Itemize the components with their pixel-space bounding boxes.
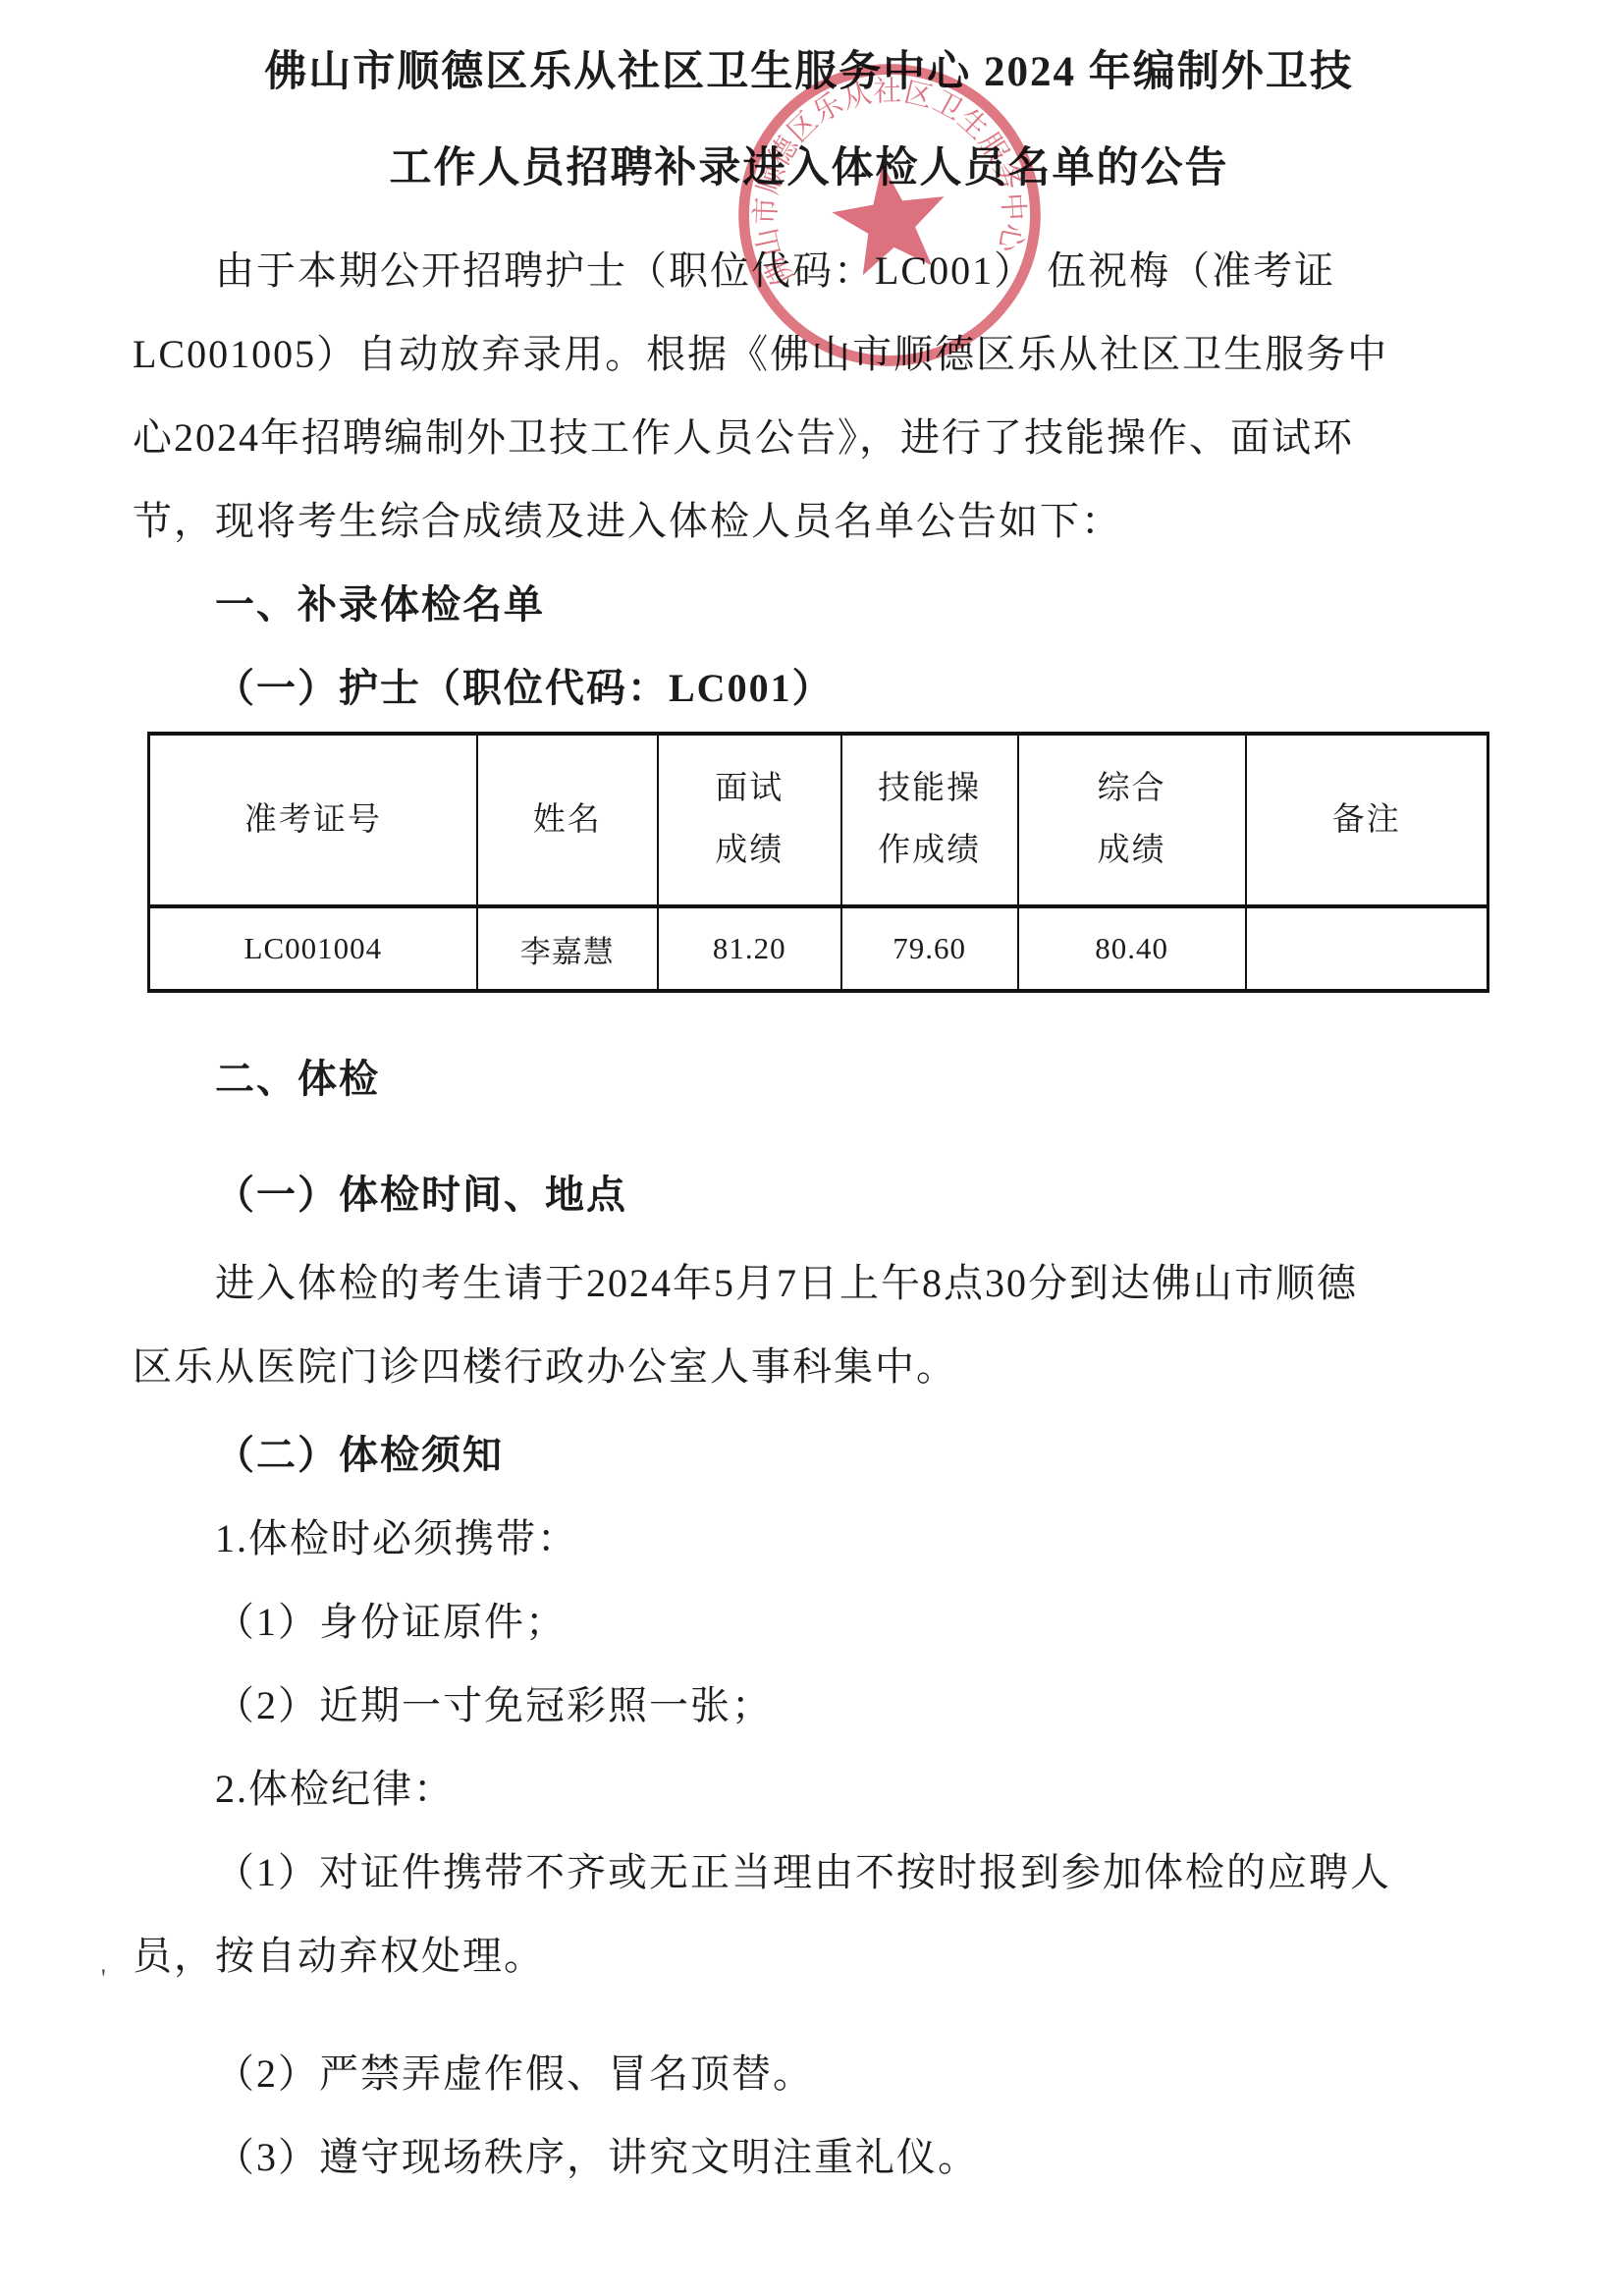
intro-line-3: 心2024年招聘编制外卫技工作人员公告》，进行了技能操作、面试环 bbox=[133, 396, 1486, 479]
header-composite-score: 综合 成绩 bbox=[1018, 734, 1246, 906]
title-line-2: 工作人员招聘补录进入体检人员名单的公告 bbox=[133, 121, 1486, 217]
note-line-2: （1）身份证原件； bbox=[133, 1580, 1486, 1664]
cell-composite-score: 80.40 bbox=[1018, 906, 1246, 991]
exam-time-line-2: 区乐从医院门诊四楼行政办公室人事科集中。 bbox=[133, 1325, 1486, 1408]
document-content: 佛山市顺德区乐从社区卫生服务中心 2024 年编制外卫技 工作人员招聘补录进入体… bbox=[0, 0, 1623, 2199]
cell-exam-no: LC001004 bbox=[149, 906, 477, 991]
header-skill-score: 技能操 作成绩 bbox=[841, 734, 1018, 906]
note-line-5: （1）对证件携带不齐或无正当理由不按时报到参加体检的应聘人 bbox=[133, 1831, 1486, 1914]
section2-subheading-1: （一）体检时间、地点 bbox=[133, 1153, 1486, 1236]
score-table: 准考证号 姓名 面试 成绩 技能操 作成绩 综合 成绩 备注 LC001004 … bbox=[147, 732, 1489, 993]
note-line-3: （2）近期一寸免冠彩照一张； bbox=[133, 1664, 1486, 1747]
header-name: 姓名 bbox=[477, 734, 658, 906]
intro-line-1: 由于本期公开招聘护士（职位代码：LC001） 伍祝梅（准考证 bbox=[133, 229, 1486, 312]
header-remark: 备注 bbox=[1246, 734, 1488, 906]
section1-subheading: （一）护士（职位代码：LC001） bbox=[133, 646, 1486, 730]
note-line-6: （2）严禁弄虚作假、冒名顶替。 bbox=[133, 2032, 1486, 2115]
intro-paragraph: 由于本期公开招聘护士（职位代码：LC001） 伍祝梅（准考证 LC001005）… bbox=[133, 229, 1486, 563]
cell-remark bbox=[1246, 906, 1488, 991]
exam-time-paragraph: 进入体检的考生请于2024年5月7日上午8点30分到达佛山市顺德 区乐从医院门诊… bbox=[133, 1241, 1486, 1408]
section1-heading: 一、补录体检名单 bbox=[133, 563, 1486, 646]
section2-heading: 二、体检 bbox=[133, 1037, 1486, 1121]
section2-subheading-2: （二）体检须知 bbox=[133, 1413, 1486, 1497]
intro-line-4: 节，现将考生综合成绩及进入体检人员名单公告如下： bbox=[133, 479, 1486, 563]
note-line-7: （3）遵守现场秩序，讲究文明注重礼仪。 bbox=[133, 2115, 1486, 2199]
intro-line-2: LC001005）自动放弃录用。根据《佛山市顺德区乐从社区卫生服务中 bbox=[133, 312, 1486, 396]
announcement-document: 佛山市顺德区乐从社区卫生服务中心 2024 年编制外卫技 工作人员招聘补录进入体… bbox=[0, 0, 1623, 2296]
cell-skill-score: 79.60 bbox=[841, 906, 1018, 991]
table-row: LC001004 李嘉慧 81.20 79.60 80.40 bbox=[149, 906, 1488, 991]
scan-artifact-mark: ' bbox=[101, 1964, 106, 1994]
header-exam-no: 准考证号 bbox=[149, 734, 477, 906]
title-line-1: 佛山市顺德区乐从社区卫生服务中心 2024 年编制外卫技 bbox=[133, 25, 1486, 121]
table-header-row: 准考证号 姓名 面试 成绩 技能操 作成绩 综合 成绩 备注 bbox=[149, 734, 1488, 906]
cell-interview-score: 81.20 bbox=[658, 906, 841, 991]
exam-time-line-1: 进入体检的考生请于2024年5月7日上午8点30分到达佛山市顺德 bbox=[133, 1241, 1486, 1325]
cell-name: 李嘉慧 bbox=[477, 906, 658, 991]
note-line-1: 1.体检时必须携带： bbox=[133, 1497, 1486, 1580]
note-line-5-cont: 员，按自动弃权处理。 bbox=[133, 1914, 1486, 1997]
header-interview-score: 面试 成绩 bbox=[658, 734, 841, 906]
note-line-4: 2.体检纪律： bbox=[133, 1747, 1486, 1831]
